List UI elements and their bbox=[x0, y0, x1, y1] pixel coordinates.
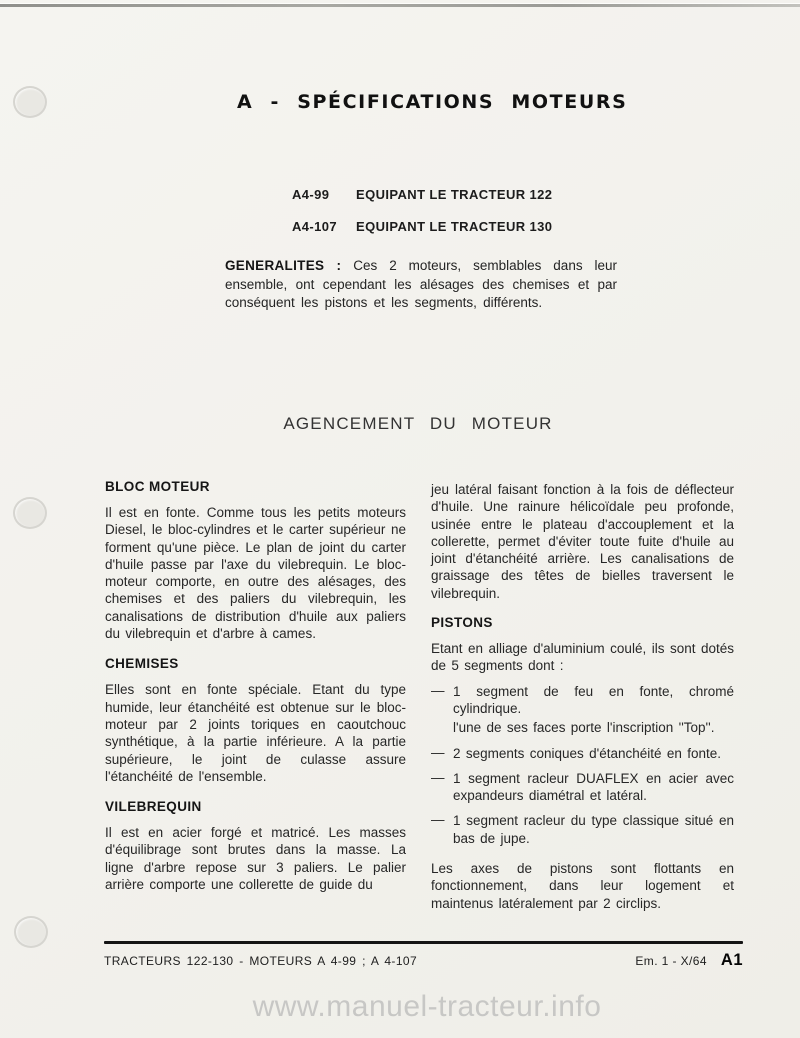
dash-bullet: — bbox=[431, 770, 453, 805]
piston-segment-item: —1 segment de feu en fonte, chromé cylin… bbox=[431, 683, 734, 718]
generalites-label: GENERALITES : bbox=[225, 258, 341, 273]
hole-punch-top bbox=[13, 86, 47, 118]
footer-edition-group: Em. 1 - X/64A1 bbox=[635, 951, 743, 970]
bullet-text: 1 segment racleur du type classique situ… bbox=[453, 812, 734, 847]
paragraph-bloc-moteur: Il est en fonte. Comme tous les petits m… bbox=[105, 504, 406, 642]
engine-text: EQUIPANT LE TRACTEUR 130 bbox=[356, 219, 552, 234]
bullet-subtext: l'une de ses faces porte l'inscription '… bbox=[453, 719, 734, 736]
scanned-manual-page: A - SPÉCIFICATIONS MOTEURS A4-99EQUIPANT… bbox=[0, 0, 800, 1038]
footer: TRACTEURS 122-130 - MOTEURS A 4-99 ; A 4… bbox=[104, 951, 743, 970]
bullet-text: 2 segments coniques d'étanchéité en font… bbox=[453, 745, 734, 762]
piston-segment-item: —1 segment racleur DUAFLEX en acier avec… bbox=[431, 770, 734, 805]
engine-code: A4-107 bbox=[292, 219, 356, 234]
left-column: BLOC MOTEUR Il est en fonte. Comme tous … bbox=[105, 479, 406, 895]
heading-bloc-moteur: BLOC MOTEUR bbox=[105, 479, 406, 494]
footer-page-number: A1 bbox=[721, 951, 743, 970]
dash-bullet: — bbox=[431, 683, 453, 718]
paragraph-pistons-outro: Les axes de pistons sont flottants en fo… bbox=[431, 860, 734, 912]
hole-punch-middle bbox=[13, 497, 47, 529]
dash-bullet: — bbox=[431, 812, 453, 847]
right-column: jeu latéral faisant fonction à la fois d… bbox=[431, 479, 734, 914]
bullet-text: 1 segment racleur DUAFLEX en acier avec … bbox=[453, 770, 734, 805]
heading-vilebrequin: VILEBREQUIN bbox=[105, 799, 406, 814]
bullet-text: 1 segment de feu en fonte, chromé cylind… bbox=[453, 683, 734, 718]
footer-edition: Em. 1 - X/64 bbox=[635, 954, 707, 968]
heading-chemises: CHEMISES bbox=[105, 656, 406, 671]
heading-pistons: PISTONS bbox=[431, 615, 734, 630]
scan-top-edge bbox=[0, 3, 800, 7]
paragraph-vilebrequin: Il est en acier forgé et matricé. Les ma… bbox=[105, 824, 406, 893]
paragraph-chemises: Elles sont en fonte spéciale. Etant du t… bbox=[105, 681, 406, 785]
engine-text: EQUIPANT LE TRACTEUR 122 bbox=[356, 187, 552, 202]
section-heading-agencement: AGENCEMENT DU MOTEUR bbox=[283, 414, 552, 434]
watermark-url: www.manuel-tracteur.info bbox=[253, 990, 602, 1024]
page-title: A - SPÉCIFICATIONS MOTEURS bbox=[237, 91, 627, 113]
piston-segment-item: —2 segments coniques d'étanchéité en fon… bbox=[431, 745, 734, 762]
dash-bullet: — bbox=[431, 745, 453, 762]
hole-punch-bottom bbox=[14, 916, 48, 948]
paragraph-vilebrequin-continuation: jeu latéral faisant fonction à la fois d… bbox=[431, 481, 734, 602]
engine-line-a4-99: A4-99EQUIPANT LE TRACTEUR 122 bbox=[292, 187, 552, 202]
engine-line-a4-107: A4-107EQUIPANT LE TRACTEUR 130 bbox=[292, 219, 552, 234]
generalites-paragraph: GENERALITES : Ces 2 moteurs, semblables … bbox=[225, 257, 617, 313]
piston-segment-item: —1 segment racleur du type classique sit… bbox=[431, 812, 734, 847]
engine-code: A4-99 bbox=[292, 187, 356, 202]
footer-rule bbox=[104, 941, 743, 944]
paragraph-pistons-intro: Etant en alliage d'aluminium coulé, ils … bbox=[431, 640, 734, 675]
footer-document-reference: TRACTEURS 122-130 - MOTEURS A 4-99 ; A 4… bbox=[104, 954, 417, 968]
